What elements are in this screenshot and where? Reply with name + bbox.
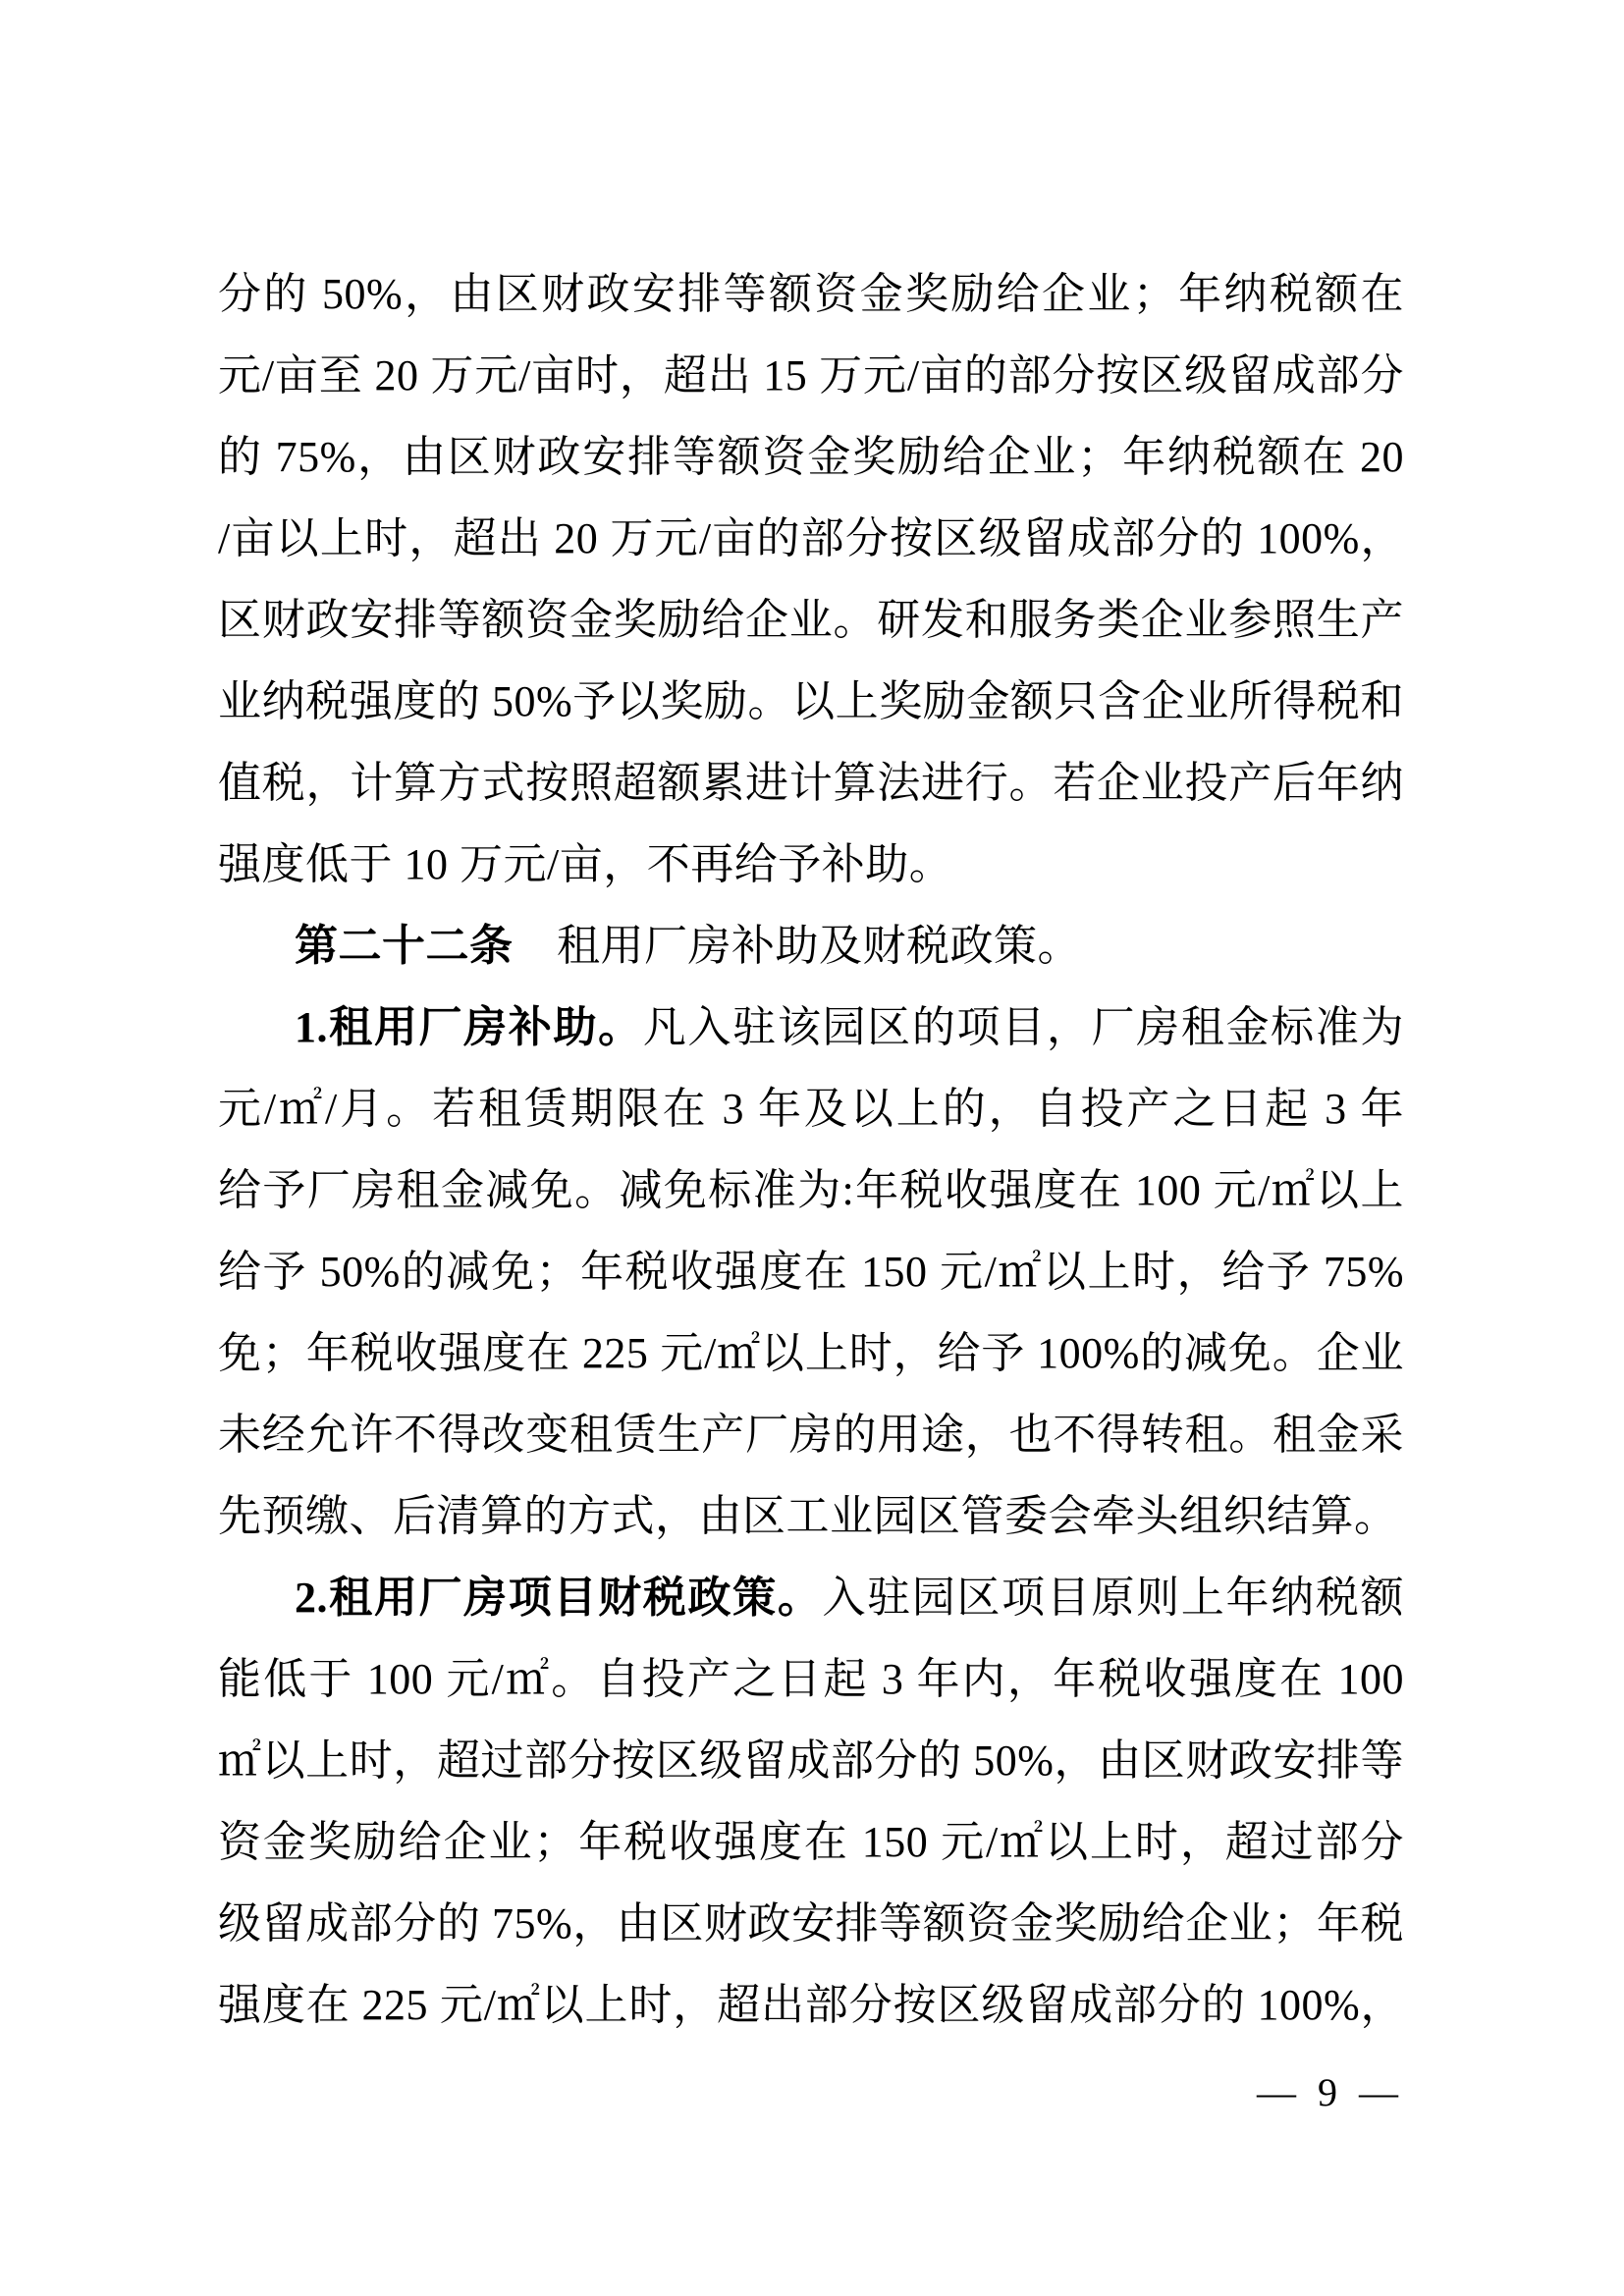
document-page: 分的 50%，由区财政安排等额资金奖励给企业；年纳税额在 15 万元/亩至 20… [0,0,1624,2296]
text-line: 区财政安排等额资金奖励给企业。研发和服务类企业参照生产企 [218,579,1404,661]
text-line: 1.租用厂房补助。凡入驻该园区的项目，厂房租金标准为 10 [218,987,1404,1068]
text-segment: 业纳税强度的 50%予以奖励。以上奖励金额只含企业所得税和增 [218,677,1404,742]
text-segment: /亩以上时，超出 20 万元/亩的部分按区级留成部分的 100%，由 [218,514,1404,579]
text-segment: 未经允许不得改变租赁生产厂房的用途，也不得转租。租金采取 [218,1411,1404,1475]
text-line: 资金奖励给企业；年税收强度在 150 元/㎡以上时，超过部分按区 [218,1801,1404,1883]
text-line: 值税，计算方式按照超额累进计算法进行。若企业投产后年纳税 [218,742,1404,824]
text-segment: 元/亩至 20 万元/亩时，超出 15 万元/亩的部分按区级留成部分 [218,351,1404,400]
text-segment: 的 75%，由区财政安排等额资金奖励给企业；年纳税额在 20 万元 [218,433,1404,498]
text-line: 给予厂房租金减免。减免标准为:年税收强度在 100 元/㎡以上时， [218,1149,1404,1231]
text-segment: 区财政安排等额资金奖励给企业。研发和服务类企业参照生产企 [218,596,1404,661]
text-line: 的 75%，由区财政安排等额资金奖励给企业；年纳税额在 20 万元 [218,416,1404,498]
text-line: 第二十二条 租用厂房补助及财税政策。 [218,905,1404,987]
text-line: 免；年税收强度在 225 元/㎡以上时，给予 100%的减免。企业方 [218,1312,1404,1394]
text-line: 先预缴、后清算的方式，由区工业园区管委会牵头组织结算。 [218,1475,1404,1557]
text-segment: 强度低于 10 万元/亩，不再给予补助。 [218,840,952,888]
text-segment: 第二十二条 [295,922,514,970]
text-segment: 值税，计算方式按照超额累进计算法进行。若企业投产后年纳税 [218,759,1404,824]
text-line: 给予 50%的减免；年税收强度在 150 元/㎡以上时，给予 75%的减 [218,1231,1404,1312]
text-segment: 分的 50%，由区财政安排等额资金奖励给企业；年纳税额在 15 万 [218,270,1404,335]
text-line: 业纳税强度的 50%予以奖励。以上奖励金额只含企业所得税和增 [218,661,1404,742]
text-line: 2.租用厂房项目财税政策。入驻园区项目原则上年纳税额不 [218,1557,1404,1638]
text-segment: 资金奖励给企业；年税收强度在 150 元/㎡以上时，超过部分按区 [218,1818,1404,1883]
text-line: 元/亩至 20 万元/亩时，超出 15 万元/亩的部分按区级留成部分 [218,335,1404,416]
document-text-block: 分的 50%，由区财政安排等额资金奖励给企业；年纳税额在 15 万元/亩至 20… [218,253,1404,2046]
text-segment: 租用厂房补助及财税政策。 [514,922,1082,970]
text-segment: 强度在 225 元/㎡以上时，超出部分按区级留成部分的 100%，由 [218,1981,1404,2046]
text-line: 级留成部分的 75%，由区财政安排等额资金奖励给企业；年税收 [218,1883,1404,1964]
text-segment: 先预缴、后清算的方式，由区工业园区管委会牵头组织结算。 [218,1492,1398,1540]
text-line: ㎡以上时，超过部分按区级留成部分的 50%，由区财政安排等额 [218,1720,1404,1801]
text-segment: ㎡以上时，超过部分按区级留成部分的 50%，由区财政安排等额 [218,1736,1404,1801]
text-line: 强度低于 10 万元/亩，不再给予补助。 [218,824,1404,905]
text-line: /亩以上时，超出 20 万元/亩的部分按区级留成部分的 100%，由 [218,498,1404,579]
text-segment: 元/㎡/月。若租赁期限在 3 年及以上的，自投产之日起 3 年内， [218,1085,1404,1149]
text-line: 分的 50%，由区财政安排等额资金奖励给企业；年纳税额在 15 万 [218,253,1404,335]
text-line: 元/㎡/月。若租赁期限在 3 年及以上的，自投产之日起 3 年内， [218,1068,1404,1149]
page-number: — 9 — [1257,2069,1404,2116]
text-line: 能低于 100 元/㎡。自投产之日起 3 年内，年税收强度在 100 元/ [218,1638,1404,1720]
text-segment: 级留成部分的 75%，由区财政安排等额资金奖励给企业；年税收 [218,1899,1404,1964]
text-segment: 1.租用厂房补助。 [295,1003,643,1051]
text-segment: 给予厂房租金减免。减免标准为:年税收强度在 100 元/㎡以上时， [218,1166,1404,1231]
text-line: 未经允许不得改变租赁生产厂房的用途，也不得转租。租金采取 [218,1394,1404,1475]
text-segment: 免；年税收强度在 225 元/㎡以上时，给予 100%的减免。企业方 [218,1329,1404,1394]
text-line: 强度在 225 元/㎡以上时，超出部分按区级留成部分的 100%，由 [218,1964,1404,2046]
text-segment: 2.租用厂房项目财税政策。 [295,1574,823,1622]
text-segment: 给予 50%的减免；年税收强度在 150 元/㎡以上时，给予 75%的减 [218,1248,1404,1312]
text-segment: 能低于 100 元/㎡。自投产之日起 3 年内，年税收强度在 100 元/ [218,1655,1404,1720]
